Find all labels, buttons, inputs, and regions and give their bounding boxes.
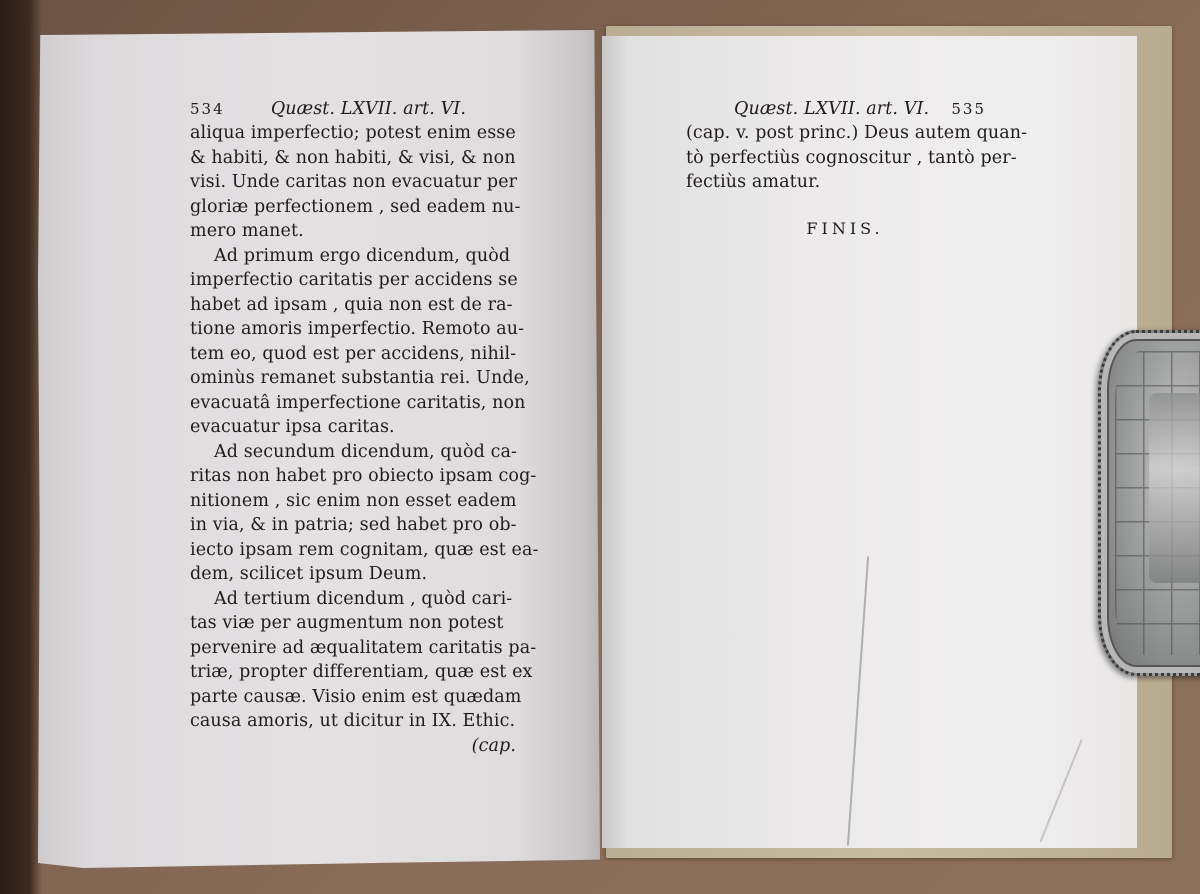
clasp-emblem-icon (1149, 393, 1200, 583)
text-line: evacuatâ imperfectione caritatis, non (190, 391, 546, 416)
text-line: imperfectio caritatis per accidens se (190, 268, 546, 293)
text-line: gloriæ perfectionem , sed eadem nu- (190, 195, 546, 220)
text-line: ritas non habet pro obiecto ipsam cog- (190, 464, 546, 489)
text-line: nitionem , sic enim non esset eadem (190, 489, 546, 514)
text-line: pervenire ad æqualitatem caritatis pa- (190, 636, 546, 661)
text-line: triæ, propter differentiam, quæ est ex (190, 660, 546, 685)
page-number: 535 (951, 97, 986, 121)
running-head-title: Quæst. LXVII. art. VI. (734, 97, 929, 121)
text-line: parte causæ. Visio enim est quædam (190, 685, 546, 710)
text-line: tem eo, quod est per accidens, nihil- (190, 342, 546, 367)
right-page-text: Quæst. LXVII. art. VI. 535 (cap. v. post… (686, 97, 986, 241)
text-line: visi. Unde caritas non evacuatur per (190, 170, 546, 195)
running-head-title: Quæst. LXVII. art. VI. (271, 97, 466, 121)
text-line: evacuatur ipsa caritas. (190, 415, 546, 440)
text-line: (cap. v. post princ.) Deus autem quan- (686, 121, 986, 146)
text-line: Ad primum ergo dicendum, quòd (190, 244, 546, 269)
text-line: tò perfectiùs cognoscitur , tantò per- (686, 146, 986, 171)
table-surface (0, 0, 42, 894)
text-line: Ad tertium dicendum , quòd cari- (190, 587, 546, 612)
text-line: fectiùs amatur. (686, 170, 986, 195)
text-line: Ad secundum dicendum, quòd ca- (190, 440, 546, 465)
left-page-text: 534 Quæst. LXVII. art. VI. aliqua imperf… (190, 97, 546, 758)
text-line: mero manet. (190, 219, 546, 244)
metal-clasp (1098, 330, 1200, 676)
left-running-head: 534 Quæst. LXVII. art. VI. (190, 97, 546, 121)
paper-crack (1039, 740, 1082, 843)
text-line: tione amoris imperfectio. Remoto au- (190, 317, 546, 342)
finis-heading: FINIS. (686, 217, 986, 242)
text-line: tas viæ per augmentum non potest (190, 611, 546, 636)
text-line: ominùs remanet substantia rei. Unde, (190, 366, 546, 391)
text-line: habet ad ipsam , quia non est de ra- (190, 293, 546, 318)
catchword: (cap. (190, 734, 516, 759)
right-running-head: Quæst. LXVII. art. VI. 535 (686, 97, 986, 121)
page-number: 534 (190, 97, 225, 121)
text-line: aliqua imperfectio; potest enim esse (190, 121, 546, 146)
paper-crack (847, 556, 869, 845)
text-line: in via, & in patria; sed habet pro ob- (190, 513, 546, 538)
text-line: dem, scilicet ipsum Deum. (190, 562, 546, 587)
text-line: causa amoris, ut dicitur in IX. Ethic. (190, 709, 546, 734)
text-line: iecto ipsam rem cognitam, quæ est ea- (190, 538, 546, 563)
text-line: & habiti, & non habiti, & visi, & non (190, 146, 546, 171)
